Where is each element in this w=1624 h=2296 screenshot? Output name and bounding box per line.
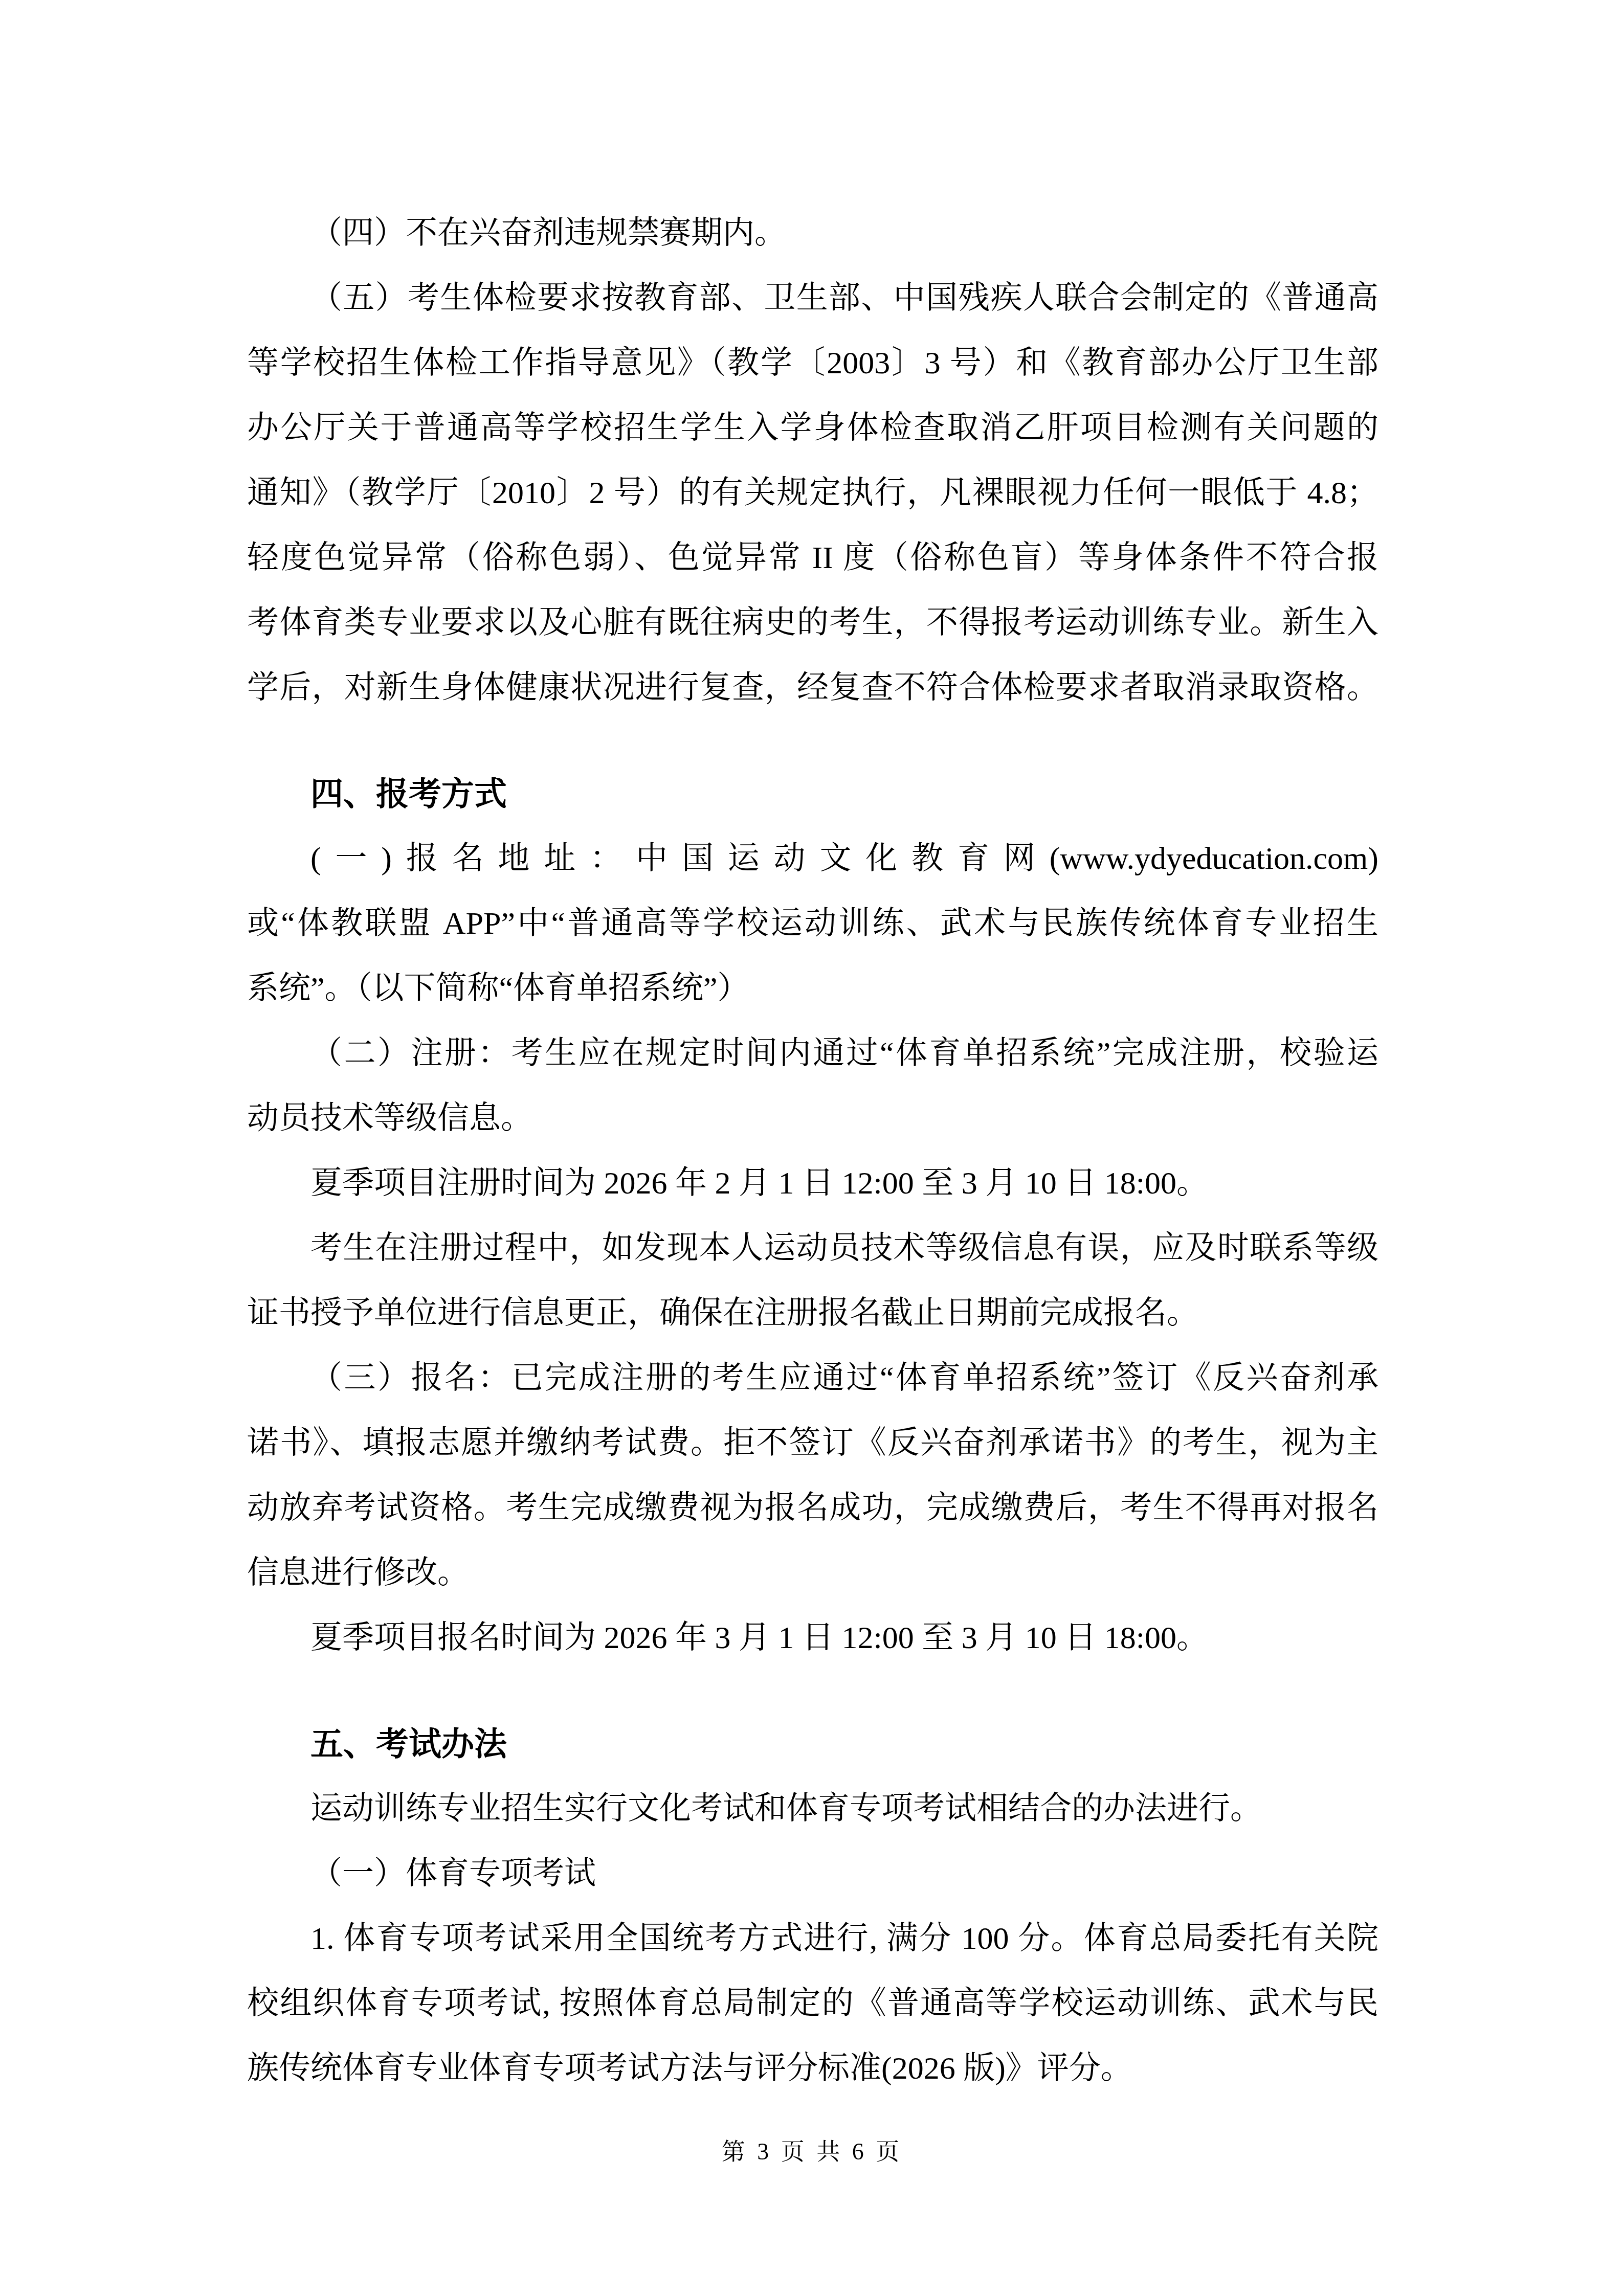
- doc-line: 证书授予单位进行信息更正，确保在注册报名截止日期前完成报名。: [247, 1281, 1378, 1346]
- document-page: （四）不在兴奋剂违规禁赛期内。 （五）考生体检要求按教育部、卫生部、中国残疾人联…: [0, 0, 1624, 2296]
- doc-line: 信息进行修改。: [247, 1541, 1378, 1606]
- doc-line: 夏季项目报名时间为 2026 年 3 月 1 日 12:00 至 3 月 10 …: [247, 1606, 1378, 1671]
- doc-line: （二）注册：考生应在规定时间内通过“体育单招系统”完成注册，校验运: [247, 1021, 1378, 1086]
- doc-line: 动员技术等级信息。: [247, 1086, 1378, 1151]
- doc-line: （五）考生体检要求按教育部、卫生部、中国残疾人联合会制定的《普通高: [247, 266, 1378, 331]
- doc-line: 校组织体育专项考试, 按照体育总局制定的《普通高等学校运动训练、武术与民: [247, 1971, 1378, 2036]
- doc-line: 动放弃考试资格。考生完成缴费视为报名成功，完成缴费后，考生不得再对报名: [247, 1476, 1378, 1541]
- page-number: 第 3 页 共 6 页: [0, 2136, 1624, 2167]
- doc-line: 族传统体育专业体育专项考试方法与评分标准(2026 版)》评分。: [247, 2036, 1378, 2101]
- doc-line: 学后，对新生身体健康状况进行复查，经复查不符合体检要求者取消录取资格。: [247, 656, 1378, 721]
- doc-line: 夏季项目注册时间为 2026 年 2 月 1 日 12:00 至 3 月 10 …: [247, 1151, 1378, 1216]
- doc-line: 等学校招生体检工作指导意见》（教学〔2003〕3 号）和《教育部办公厅卫生部: [247, 331, 1378, 396]
- doc-line: 考体育类专业要求以及心脏有既往病史的考生，不得报考运动训练专业。新生入: [247, 591, 1378, 656]
- doc-line: （四）不在兴奋剂违规禁赛期内。: [247, 201, 1378, 266]
- doc-line: 轻度色觉异常（俗称色弱）、色觉异常 II 度（俗称色盲）等身体条件不符合报: [247, 526, 1378, 591]
- doc-line: 通知》（教学厅〔2010〕2 号）的有关规定执行，凡裸眼视力任何一眼低于 4.8…: [247, 461, 1378, 526]
- doc-line: 1. 体育专项考试采用全国统考方式进行, 满分 100 分。体育总局委托有关院: [247, 1906, 1378, 1971]
- doc-line: （一）体育专项考试: [247, 1841, 1378, 1906]
- doc-line: 诺书》、填报志愿并缴纳考试费。拒不签订《反兴奋剂承诺书》的考生，视为主: [247, 1411, 1378, 1476]
- doc-line: （三）报名：已完成注册的考生应通过“体育单招系统”签订《反兴奋剂承: [247, 1346, 1378, 1411]
- doc-line: (一)报名地址：中国运动文化教育网(www.ydyeducation.com): [247, 826, 1378, 891]
- doc-line: 办公厅关于普通高等学校招生学生入学身体检查取消乙肝项目检测有关问题的: [247, 396, 1378, 461]
- doc-line: 系统”。（以下简称“体育单招系统”）: [247, 956, 1378, 1021]
- doc-line: 运动训练专业招生实行文化考试和体育专项考试相结合的办法进行。: [247, 1776, 1378, 1841]
- section-heading: 五、考试办法: [247, 1712, 1378, 1776]
- document-body: （四）不在兴奋剂违规禁赛期内。 （五）考生体检要求按教育部、卫生部、中国残疾人联…: [247, 201, 1378, 2101]
- section-heading: 四、报考方式: [247, 761, 1378, 826]
- doc-line: 或“体教联盟 APP”中“普通高等学校运动训练、武术与民族传统体育专业招生: [247, 891, 1378, 956]
- doc-line: 考生在注册过程中，如发现本人运动员技术等级信息有误，应及时联系等级: [247, 1216, 1378, 1281]
